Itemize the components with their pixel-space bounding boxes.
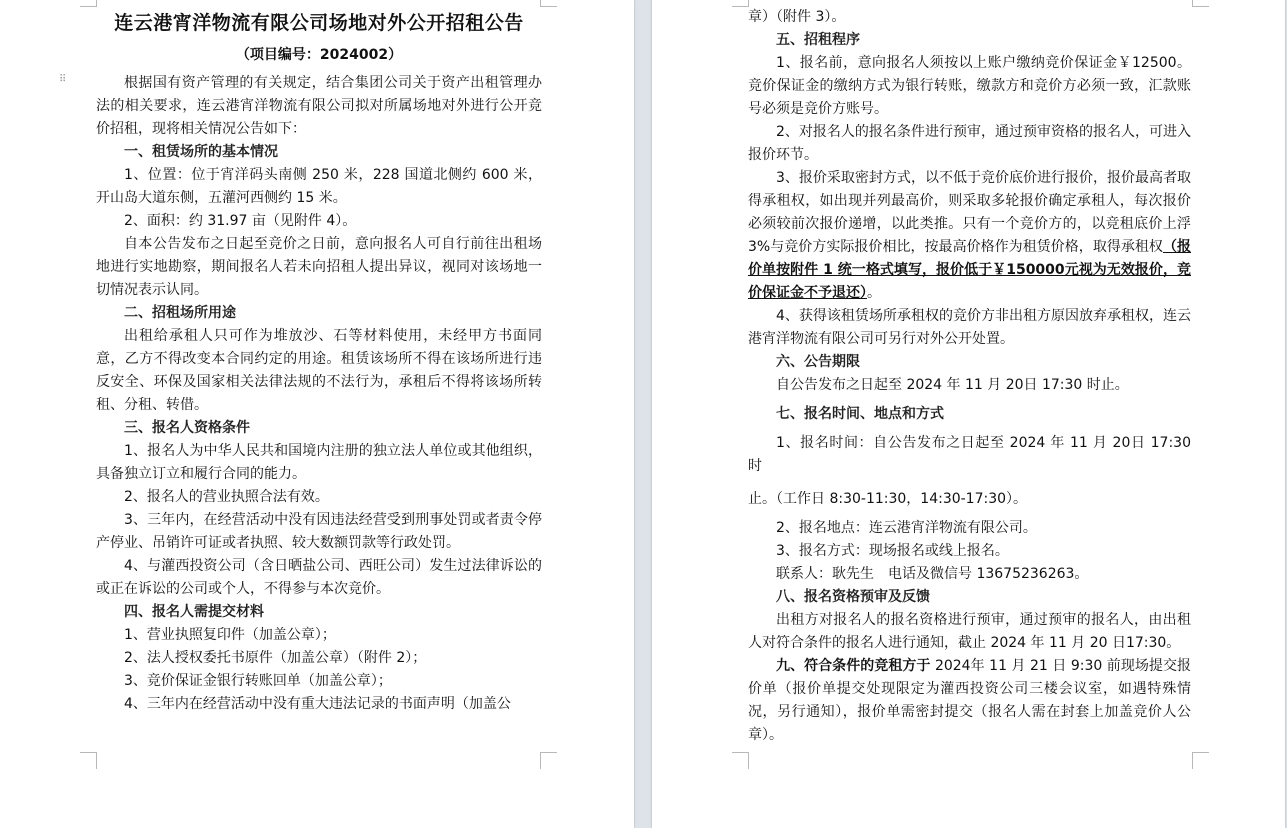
- margin-corner-mark: [540, 0, 557, 7]
- paragraph: 2、面积：约 31.97 亩（见附件 4）。: [96, 210, 542, 233]
- section-heading-inline: 九、符合条件的竞租方于: [776, 658, 930, 674]
- paragraph: 1、营业执照复印件（加盖公章）；: [96, 624, 542, 647]
- paragraph: 3、报名方式：现场报名或线上报名。: [748, 540, 1191, 563]
- project-number: （项目编号：2024002）: [96, 44, 542, 66]
- paragraph: 自公告发布之日起至 2024 年 11 月 20日 17:30 时止。: [748, 374, 1191, 397]
- section-heading: 七、报名时间、地点和方式: [748, 403, 1191, 426]
- section-heading: 二、招租场所用途: [96, 302, 542, 325]
- text-run: 。: [867, 285, 881, 301]
- text-run: 3、报价采取密封方式，以不低于竞价底价进行报价，报价最高者取得承租权，如出现并列…: [748, 170, 1191, 255]
- contact-line: 联系人：耿先生 电话及微信号 13675236263。: [748, 563, 1191, 586]
- paragraph-continued: 章）（附件 3）。: [748, 6, 1191, 29]
- paragraph: 1、报名人为中华人民共和国境内注册的独立法人单位或其他组织，具备独立订立和履行合…: [96, 440, 542, 486]
- section-heading: 四、报名人需提交材料: [96, 601, 542, 624]
- paragraph-continued: 止。（工作日 8:30-11:30，14:30-17:30）。: [748, 488, 1191, 511]
- paragraph: 出租给承租人只可作为堆放沙、石等材料使用，未经甲方书面同意，乙方不得改变本合同约…: [96, 325, 542, 417]
- intro-paragraph: 根据国有资产管理的有关规定，结合集团公司关于资产出租管理办法的相关要求，连云港宵…: [96, 72, 542, 141]
- margin-corner-mark: [1192, 0, 1209, 7]
- paragraph: 2、法人授权委托书原件（加盖公章）（附件 2）；: [96, 647, 542, 670]
- paragraph: 3、三年内，在经营活动中没有因违法经营受到刑事处罚或者责令停产停业、吊销许可证或…: [96, 509, 542, 555]
- paragraph: 2、报名地点：连云港宵洋物流有限公司。: [748, 517, 1191, 540]
- document-page-2: 章）（附件 3）。 五、招租程序 1、报名前，意向报名人须按以上账户缴纳竞价保证…: [652, 0, 1285, 828]
- page-1-content: 连云港宵洋物流有限公司场地对外公开招租公告 （项目编号：2024002） 根据国…: [96, 0, 542, 716]
- section-heading: 五、招租程序: [748, 29, 1191, 52]
- paragraph: 自本公告发布之日起至竞价之日前，意向报名人可自行前往出租场地进行实地勘察，期间报…: [96, 233, 542, 302]
- paragraph: 4、三年内在经营活动中没有重大违法记录的书面声明（加盖公: [96, 693, 542, 716]
- margin-corner-mark: [80, 0, 97, 7]
- paragraph: 九、符合条件的竞租方于 2024年 11 月 21 日 9:30 前现场提交报价…: [748, 655, 1191, 747]
- paragraph: 3、报价采取密封方式，以不低于竞价底价进行报价，报价最高者取得承租权，如出现并列…: [748, 167, 1191, 305]
- section-heading: 六、公告期限: [748, 351, 1191, 374]
- paragraph: 2、报名人的营业执照合法有效。: [96, 486, 542, 509]
- paragraph: 4、与灌西投资公司（含日晒盐公司、西旺公司）发生过法律诉讼的或正在诉讼的公司或个…: [96, 555, 542, 601]
- document-title: 连云港宵洋物流有限公司场地对外公开招租公告: [96, 10, 542, 36]
- page-2-content: 章）（附件 3）。 五、招租程序 1、报名前，意向报名人须按以上账户缴纳竞价保证…: [748, 0, 1191, 747]
- margin-corner-mark: [540, 752, 557, 769]
- paragraph: 1、位置：位于宵洋码头南侧 250 米，228 国道北侧约 600 米，开山岛大…: [96, 164, 542, 210]
- section-heading: 三、报名人资格条件: [96, 417, 542, 440]
- paragraph: 3、竞价保证金银行转账回单（加盖公章）；: [96, 670, 542, 693]
- margin-corner-mark: [80, 752, 97, 769]
- paragraph: 1、报名时间：自公告发布之日起至 2024 年 11 月 20日 17:30 时: [748, 432, 1191, 478]
- paragraph: 出租方对报名人的报名资格进行预审，通过预审的报名人，由出租人对符合条件的报名人进…: [748, 609, 1191, 655]
- paragraph: 4、获得该租赁场所承租权的竞价方非出租方原因放弃承租权，连云港宵洋物流有限公司可…: [748, 305, 1191, 351]
- section-heading: 一、租赁场所的基本情况: [96, 141, 542, 164]
- drag-handle-icon[interactable]: ⠿: [59, 77, 69, 91]
- margin-corner-mark: [732, 0, 749, 7]
- section-heading: 八、报名资格预审及反馈: [748, 586, 1191, 609]
- paragraph: 2、对报名人的报名条件进行预审，通过预审资格的报名人，可进入报价环节。: [748, 121, 1191, 167]
- page-gap: [634, 0, 652, 828]
- document-page-1: ⠿ 连云港宵洋物流有限公司场地对外公开招租公告 （项目编号：2024002） 根…: [0, 0, 634, 828]
- margin-corner-mark: [1192, 752, 1209, 769]
- paragraph: 1、报名前，意向报名人须按以上账户缴纳竞价保证金￥12500。竞价保证金的缴纳方…: [748, 52, 1191, 121]
- margin-corner-mark: [732, 752, 749, 769]
